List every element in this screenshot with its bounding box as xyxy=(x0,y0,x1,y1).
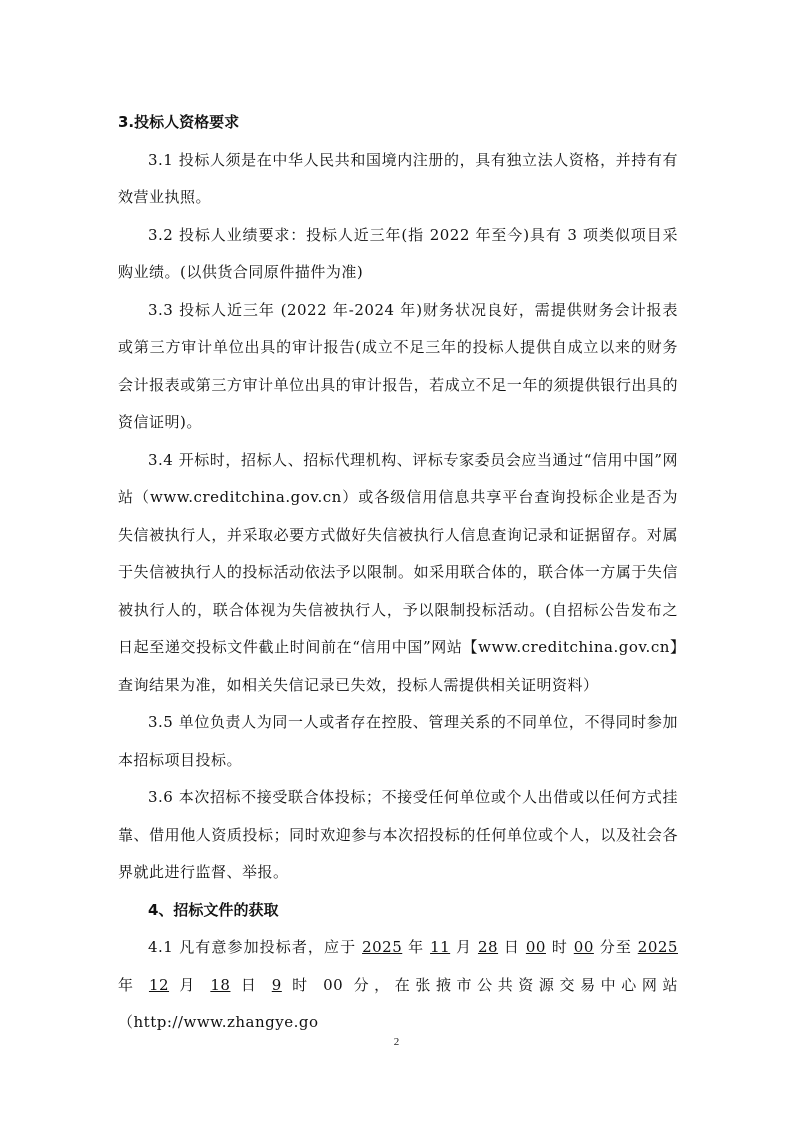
text-month: 月 xyxy=(450,938,478,956)
section-3-heading: 3.投标人资格要求 xyxy=(118,104,678,142)
start-hour: 00 xyxy=(526,938,546,956)
document-page: 3.投标人资格要求 3.1 投标人须是在中华人民共和国境内注册的，具有独立法人资… xyxy=(0,0,793,1122)
clause-3-2: 3.2 投标人业绩要求：投标人近三年(指 2022 年至今)具有 3 项类似项目… xyxy=(118,217,678,292)
text-minute-to: 分至 xyxy=(594,938,638,956)
end-year: 2025 xyxy=(638,938,678,956)
end-month: 12 xyxy=(149,976,169,994)
start-day: 28 xyxy=(478,938,498,956)
page-content: 3.投标人资格要求 3.1 投标人须是在中华人民共和国境内注册的，具有独立法人资… xyxy=(118,104,678,1042)
clause-3-4: 3.4 开标时，招标人、招标代理机构、评标专家委员会应当通过“信用中国”网站（w… xyxy=(118,442,678,705)
text-year-2: 年 xyxy=(118,976,149,994)
clause-3-1: 3.1 投标人须是在中华人民共和国境内注册的，具有独立法人资格，并持有有效营业执… xyxy=(118,142,678,217)
text-day-2: 日 xyxy=(230,976,271,994)
page-number: 2 xyxy=(0,1036,793,1048)
text-day: 日 xyxy=(498,938,526,956)
clause-4-1: 4.1 凡有意参加投标者，应于 2025 年 11 月 28 日 00 时 00… xyxy=(118,929,678,1042)
text-hour: 时 xyxy=(546,938,574,956)
start-minute: 00 xyxy=(574,938,594,956)
clause-3-3: 3.3 投标人近三年 (2022 年-2024 年)财务状况良好，需提供财务会计… xyxy=(118,292,678,442)
end-hour: 9 xyxy=(272,976,282,994)
clause-4-1-prefix: 4.1 凡有意参加投标者，应于 xyxy=(148,938,362,956)
text-year: 年 xyxy=(402,938,430,956)
clause-3-6: 3.6 本次招标不接受联合体投标；不接受任何单位或个人出借或以任何方式挂靠、借用… xyxy=(118,779,678,892)
end-day: 18 xyxy=(210,976,230,994)
section-4-heading: 4、招标文件的获取 xyxy=(118,892,678,930)
start-year: 2025 xyxy=(362,938,402,956)
clause-3-5: 3.5 单位负责人为同一人或者存在控股、管理关系的不同单位，不得同时参加本招标项… xyxy=(118,704,678,779)
text-month-2: 月 xyxy=(169,976,210,994)
start-month: 11 xyxy=(430,938,450,956)
